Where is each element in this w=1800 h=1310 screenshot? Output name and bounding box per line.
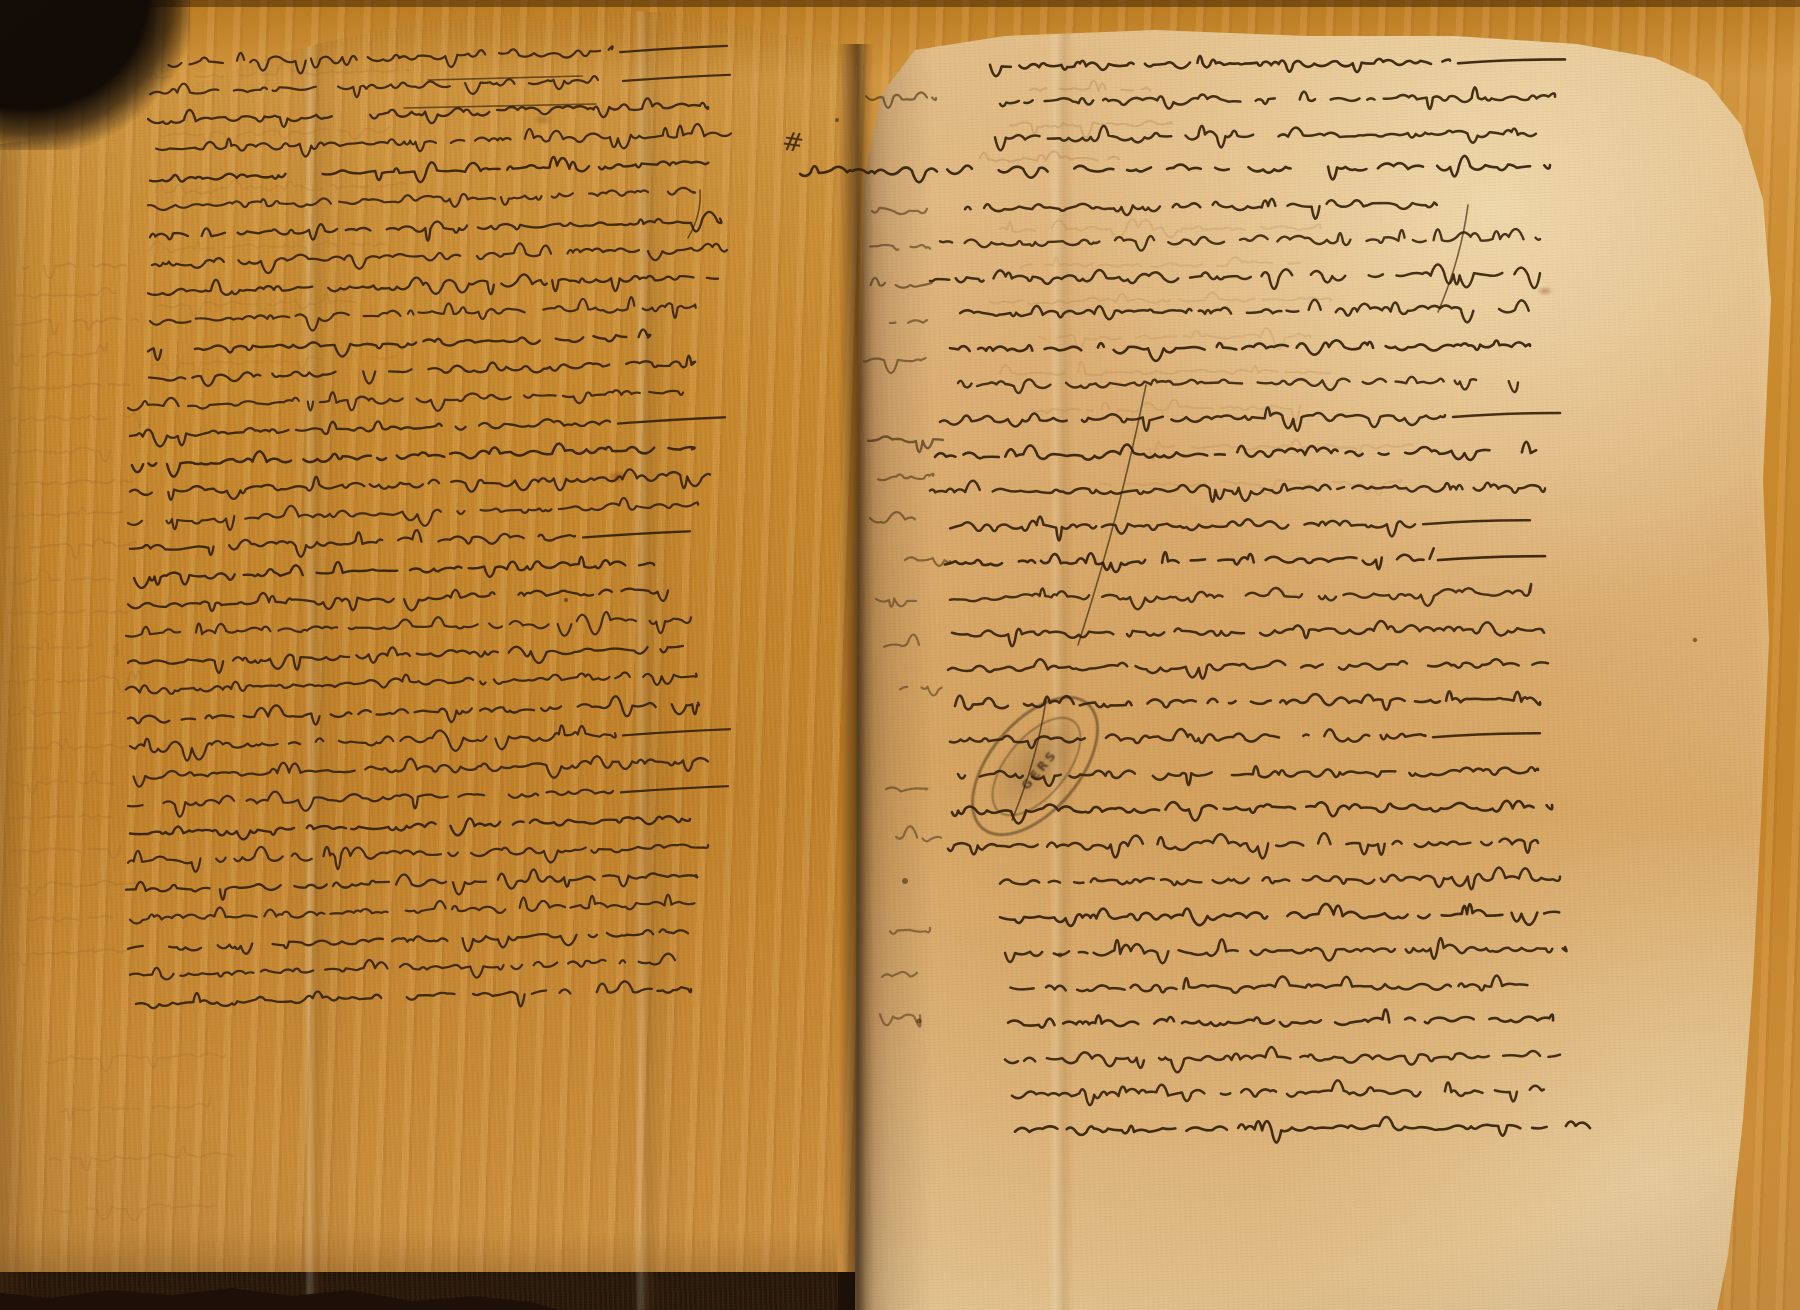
table-edge-shadow: [0, 0, 1800, 7]
margin-hash-symbol: #: [780, 127, 806, 160]
right-page: [855, 0, 1800, 1310]
manuscript-photo: GERS #: [0, 0, 1800, 1310]
left-page: [0, 0, 854, 1310]
dark-corner-object: [0, 0, 190, 150]
archive-stamp-text: GERS: [1019, 747, 1061, 793]
